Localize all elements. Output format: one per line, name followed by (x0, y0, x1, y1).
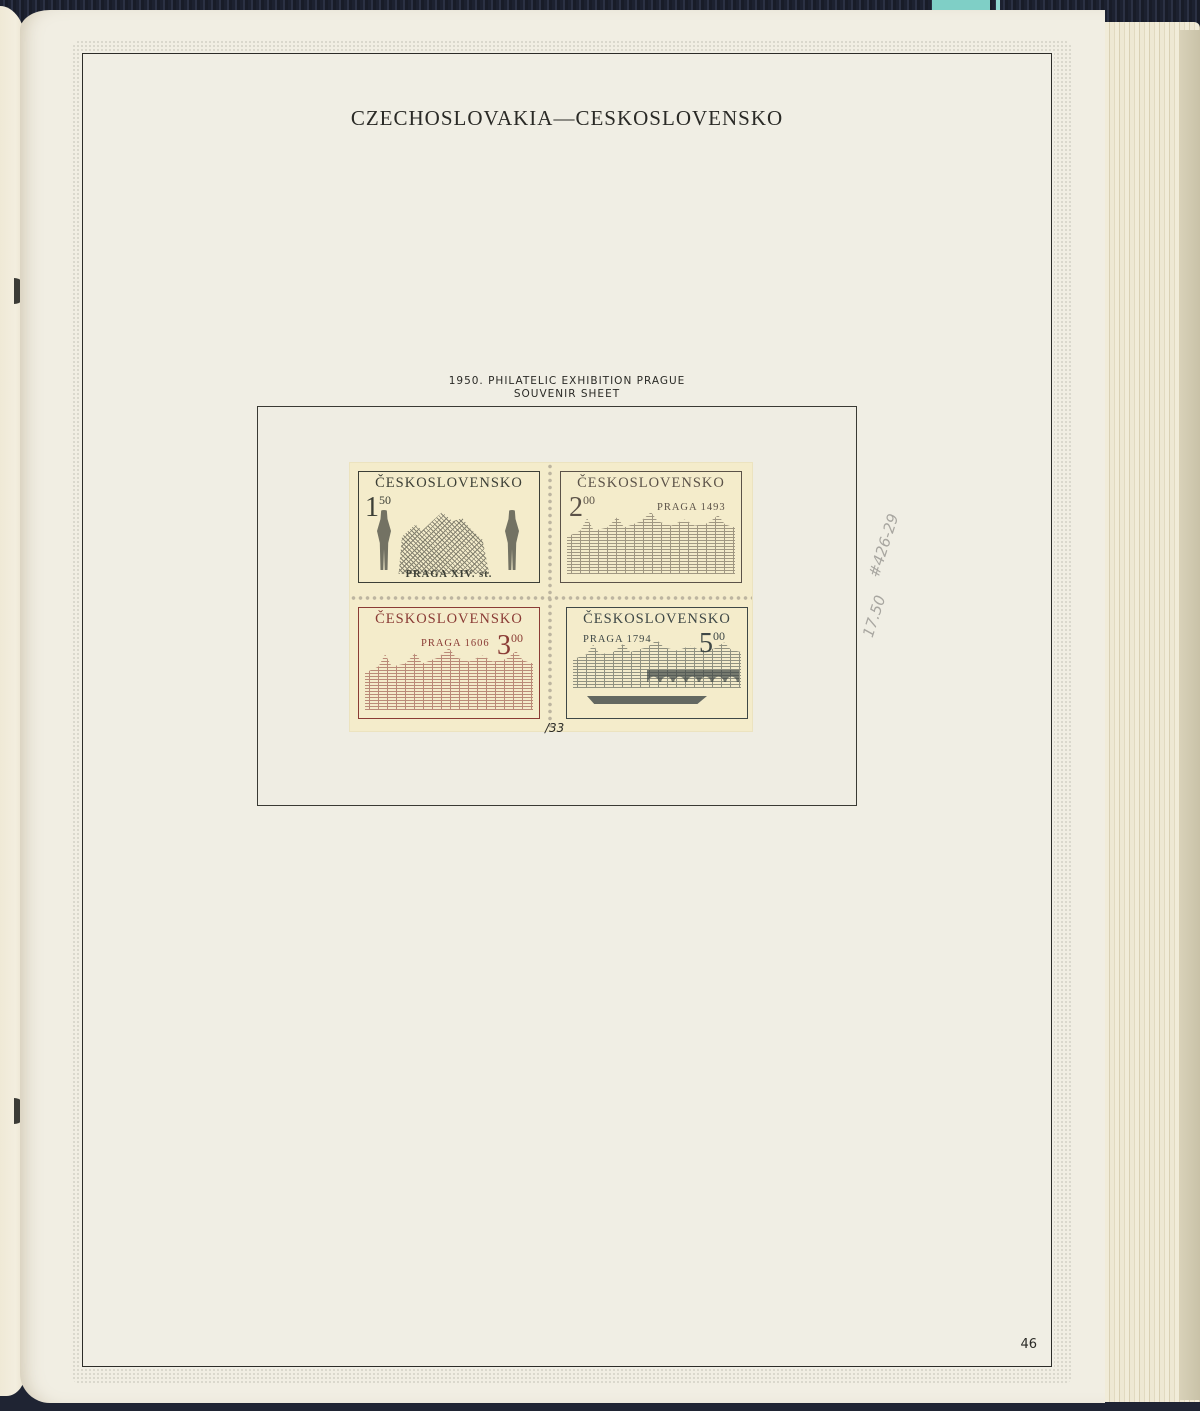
perforation-horizontal (350, 594, 752, 602)
album-page: CZECHOSLOVAKIA—CESKOSLOVENSKO 1950. PHIL… (20, 10, 1105, 1403)
stamp-2-00: ČESKOSLOVENSKO 200 PRAGA 1493 (560, 471, 742, 583)
pencil-price-note: 17.50 (859, 593, 889, 639)
stamp-country: ČESKOSLOVENSKO (359, 611, 539, 628)
stamp-country: ČESKOSLOVENSKO (567, 611, 747, 628)
souvenir-sheet-mount: ČESKOSLOVENSKO 150 PRAGA XIV. st. ČESKOS… (257, 406, 857, 806)
stamp-3-00: ČESKOSLOVENSKO PRAGA 1606 300 (358, 607, 540, 719)
stamp-inscription: PRAGA XIV. st. (359, 569, 539, 580)
figure-right-icon (505, 510, 519, 570)
issue-caption: 1950. PHILATELIC EXHIBITION PRAGUE (83, 375, 1051, 387)
pencil-catalog-note: #426-29 (865, 512, 902, 580)
stamp-country: ČESKOSLOVENSKO (561, 475, 741, 492)
boat-icon (587, 696, 707, 704)
issue-subcaption: SOUVENIR SHEET (83, 388, 1051, 400)
stamp-inscription: PRAGA 1794 (583, 634, 652, 645)
page-title: CZECHOSLOVAKIA—CESKOSLOVENSKO (83, 106, 1051, 131)
stamp-inscription: PRAGA 1493 (657, 502, 726, 513)
page-number: 46 (1020, 1337, 1037, 1352)
sheet-number: /33 (545, 721, 564, 735)
stamp-country: ČESKOSLOVENSKO (359, 475, 539, 492)
page-frame: CZECHOSLOVAKIA—CESKOSLOVENSKO 1950. PHIL… (82, 53, 1052, 1367)
bridge-icon (647, 670, 739, 682)
stamp-inscription: PRAGA 1606 (421, 638, 490, 649)
page-stack-shadow (1180, 30, 1200, 1400)
souvenir-sheet: ČESKOSLOVENSKO 150 PRAGA XIV. st. ČESKOS… (350, 463, 752, 731)
stamp-5-00: ČESKOSLOVENSKO PRAGA 1794 500 (566, 607, 748, 719)
stamp-value: 200 (569, 494, 595, 522)
stamp-1-50: ČESKOSLOVENSKO 150 PRAGA XIV. st. (358, 471, 540, 583)
